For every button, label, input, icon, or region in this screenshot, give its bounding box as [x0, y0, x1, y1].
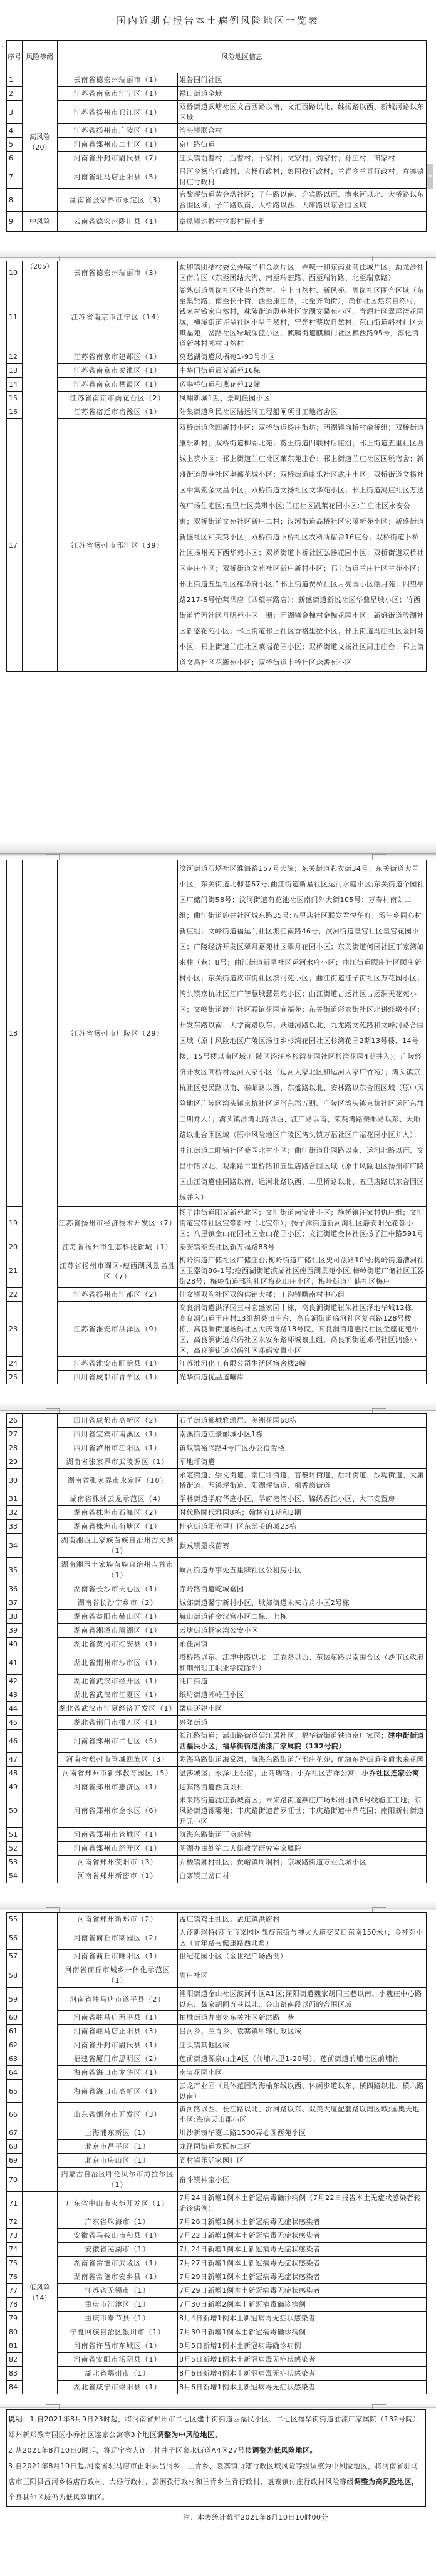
table-row: 44湖北省武汉市江夏经济开发区（1）栗庙还建小区: [7, 1702, 427, 1716]
area-info: 栗庙还建小区: [178, 1702, 427, 1716]
header-level: 风险等级: [23, 41, 58, 73]
area-info: 学林街道学府华庭小区、学府港湾小区、锦绣香江小区、大丰安置房: [178, 1492, 427, 1506]
area-name: 湖南湘西土家族苗族自治州古丈县（1）: [58, 1534, 178, 1558]
area-info: 黄河路以西、长江路以北、沂河路以东、双美大厦配套路以南区域;国奥天地小区;海信天…: [178, 2103, 427, 2126]
area-info: 沌口街道: [178, 1675, 427, 1688]
table-row: 70内蒙古自治区呼伦贝尔市海拉尔区（1）奋斗镇神宝小区: [7, 2168, 427, 2192]
row-number: 66: [7, 2103, 23, 2126]
table-row: 61河南省驻马店正阳县（3）吕河乡、兰青乡、袁寨镇所辖行政区域: [7, 2025, 427, 2038]
row-number: 82: [7, 2353, 23, 2367]
table-row: 14江苏省南京市栖霞区（1）迈皋桥街道和燕花苑12幢: [7, 378, 427, 392]
table-row: 26四川省成都市高新区（2）石羊街道都城雅颂居、美洲花园68栋: [7, 1414, 427, 1428]
area-name: 湖南省株洲云龙示范区（4）: [58, 1492, 178, 1506]
header-no: 序号: [7, 41, 23, 73]
row-number: 4: [7, 124, 23, 138]
table-row: 78重庆市江津区（1）7月30日新增2例本土新冠病毒确诊病例: [7, 2298, 427, 2312]
area-name: 江苏省扬州市邗江区（39）: [58, 419, 178, 672]
area-info: 纸坊街道郭岭里小区: [178, 1688, 427, 1702]
area-info: 庄头镇其他区域: [178, 2038, 427, 2052]
notes-box: 说明：1.自2021年8月9日23时起，将河南省郑州市二七区建中街街道西福民小区…: [6, 2409, 426, 2507]
table-row: 57河南省商丘市睢阳区（1）世纪花园小区（金世纪广场西侧）: [7, 1950, 427, 1963]
area-info: 迈皋桥街道和燕花苑12幢: [178, 378, 427, 392]
area-info: 川沙新镇华夏二路1500弄心圆西苑小区: [178, 2126, 427, 2140]
row-number: 35: [7, 1558, 23, 1582]
table-row: 45湖北省荆门市掇刀区（1）兴隆街道: [7, 1716, 427, 1730]
area-info: 阎村镇乐活家园社区: [178, 2154, 427, 2168]
table-row: 63福建省厦门市思明区（2）莲前街道源泉山庄A区（前埔六里1-20号）、莲前街道…: [7, 2052, 427, 2066]
row-number: 24: [7, 1357, 23, 1371]
area-info: 凤翔新城1期、景明佳园小区: [178, 392, 427, 405]
table-row: 62河南省开封市尉氏县（1）庄头镇其他区域: [7, 2038, 427, 2052]
table-row: 46河南省郑州市二七区（5）长江路街道；嵩山路街道望江居社区；福华街街道铁道京广…: [7, 1730, 427, 1753]
row-number: 10: [7, 261, 23, 284]
area-info: 吕河乡、兰青乡、袁寨镇所辖行政区域: [178, 2025, 427, 2038]
row-number: 69: [7, 2154, 23, 2168]
row-number: 51: [7, 1828, 23, 1842]
risk-table-page-2: 10（205）云南省德宏州瑞丽市（3）勐卯镇团结村委会弄喊二和金坎片区；弄喊一和…: [6, 261, 427, 672]
area-info: 江苏淮河化工有限公司生活区宿舍楼2幢: [178, 1357, 427, 1371]
table-row: 34湖南湘西土家族苗族自治州古丈县（1）默戎镇墨戎苗寨: [7, 1534, 427, 1558]
row-number: 74: [7, 2243, 23, 2257]
area-info: 南宝花园小区: [178, 2066, 427, 2080]
area-info: 永佳河镇: [178, 1638, 427, 1651]
area-info: 8月6日新增1例本土新冠病毒无症状感染者: [178, 2381, 427, 2394]
area-info: 温莎城堡；永泽·上公馆；正商瑞钻；小乔社区吉祥公寓；小乔社区连家公寓: [178, 1767, 427, 1780]
table-row: 48河南省郑州市新郑教育园区（5）温莎城堡；永泽·上公馆；正商瑞钻；小乔社区吉祥…: [7, 1767, 427, 1780]
area-name: 河南省郑州市二七区（5）: [58, 1730, 178, 1753]
area-info: 大商新玛特(商丘市梁园区凯旋东街与神火大道交叉口东南150米）；金桂苑小区（青年…: [178, 1926, 427, 1950]
row-number: 84: [7, 2381, 23, 2394]
table-row: 53河南省郑州荥阳市（3）乔楼镇狮村社区；贾峪镇周垌村；京城路街道万业金城小区: [7, 1856, 427, 1869]
area-info: 7月27日新增1例本土新冠病毒无症状感染者: [178, 2257, 427, 2270]
area-info: 汶河街道石塔社区淮海路157号大院；东关街道彩衣街34号；东关街道大草小区；东关…: [178, 860, 427, 1207]
table-header-row: 序号 风险等级 风险地区信息: [7, 41, 427, 73]
row-number: 26: [7, 1414, 23, 1428]
row-number: 73: [7, 2229, 23, 2243]
area-info: 莫愁湖街道凤栖苑1-93号小区: [178, 350, 427, 364]
area-name: 河南省郑州新郑市（2）: [58, 1913, 178, 1926]
area-name: 河南省许昌市东城区（1）: [58, 2339, 178, 2353]
table-move-handle-icon[interactable]: +: [0, 44, 6, 50]
table-row: 84湖北省咸宁市崇阳县（1）8月6日新增1例本土新冠病毒无症状感染者: [7, 2381, 427, 2394]
area-info: 明湖办事处第二大街教学研究室家属院: [178, 1842, 427, 1856]
area-info: 石羊街道都城雅颂居、美洲花园68栋: [178, 1414, 427, 1428]
area-info: 黄舣镇裕兴路4号厂区办公宿舍楼: [178, 1441, 427, 1455]
row-number: 6: [7, 152, 23, 165]
table-row: 27四川省宜宾市南溪区（1）南溪街道江景郦城小区1栋: [7, 1428, 427, 1441]
area-name: 北京市房山区（1）: [58, 2154, 178, 2168]
area-name: 江苏省淮安市盱眙县（1）: [58, 1357, 178, 1371]
area-name: 海南省海口市龙华区（1）: [58, 2066, 178, 2080]
row-number: 3: [7, 101, 23, 124]
area-info: 双桥街道武塘社区文昌西路以南、文汇西路以北、维扬路以西、新城河路以东区域: [178, 101, 427, 124]
table-row: 5河南省郑州市二七区（1）京广路街道: [7, 138, 427, 152]
area-name: 江苏省扬州市广陵区（29）: [58, 860, 178, 1207]
area-name: 四川省成都市高新区（2）: [58, 1414, 178, 1428]
row-number: 67: [7, 2126, 23, 2140]
table-row: 75湖南省常德市武陵区（1）7月27日新增1例本土新冠病毒无症状感染者: [7, 2257, 427, 2270]
row-number: 79: [7, 2312, 23, 2325]
area-info: 勐卯镇团结村委会弄喊二和金坎片区；弄喊一和东南亚商住城片区；勐龙沙社区南片区（东…: [178, 261, 427, 284]
table-row: 7河南省驻马店正阳县（5）吕河乡杨店行政村；大杨行政村；彭围孜行政村；兰青乡兰青…: [7, 165, 427, 189]
area-info: 7月24日新增1例本土新冠病毒确诊病例（7月22日报告本土无症状感染者转确诊病例…: [178, 2192, 427, 2215]
table-row: 9 中风险 云南省德宏州陇川县（1） 章凤镇迭撒村拉影村民小组: [7, 212, 427, 232]
area-info: 云龙产业园（具体范围为海榆东线以西、休闲步道以东、横四路以北、横六路以南）: [178, 2080, 427, 2103]
area-name: 河南省郑州市新郑教育园区（5）: [58, 1767, 178, 1780]
area-name: 云南省德宏州瑞丽市（3）: [58, 261, 178, 284]
document-page: 国内近期有报告本土病例风险地区一览表 + + 序号 风险等级 风险地区信息 1高…: [0, 0, 436, 2576]
area-info: 永定街道、崇文街道、南庄坪街道、官黎坪街道、后坪街道、沙堤街道、大庸桥街道、西溪…: [178, 1469, 427, 1492]
table-row: 72广东省珠海市（1）7月26日新增1例本土新冠病毒无症状感染者: [7, 2215, 427, 2229]
table-row: 81河南省许昌市东城区（1）8月5日新增1例本土新冠病毒确诊病例: [7, 2339, 427, 2353]
area-name: 河南省驻马店市遂平县（2）: [58, 1988, 178, 2011]
row-number: 59: [7, 1988, 23, 2011]
area-info: 湾头镇联合村: [178, 124, 427, 138]
area-name: 江苏省无锡市（1）: [58, 2284, 178, 2298]
area-info: 莲前街道源泉山庄A区（前埔六里1-20号）、莲前街道前埔社区前埔社: [178, 2052, 427, 2066]
row-number: 46: [7, 1730, 23, 1753]
area-name: 江苏省扬州市蜀冈-瘦西湖风景名胜区（7）: [58, 1254, 178, 1288]
area-info: 湖熟街道周岗社区张巷自然村、庄上自然村、新风苑、周岗社区围合区域（东至集贤路，南…: [178, 284, 427, 350]
table-row: 19江苏省扬州市经济技术开发区（7）扬子津街道阳光新苑北区；文汇街道南宝带小区；…: [7, 1207, 427, 1240]
table-row: 51河南省郑州市管城区（1）航海东路街道正商蓝钻: [7, 1828, 427, 1842]
table-row: 13江苏省南京市秦淮区（1）中华门街道晨光新苑16栋: [7, 364, 427, 378]
row-number: 81: [7, 2339, 23, 2353]
area-name: 四川省宜宾市南溪区（1）: [58, 1428, 178, 1441]
table-row: 43湖北省武汉市江夏区（1）纸坊街道郭岭里小区: [7, 1688, 427, 1702]
area-name: 广东省珠海市（1）: [58, 2215, 178, 2229]
row-number: 38: [7, 1610, 23, 1624]
area-info: 扬子津街道阳光新苑北区；文汇街道南宝带小区；施桥镇汪家村仇庄组；文汇街道宝带社区…: [178, 1207, 427, 1240]
row-number: 1: [7, 73, 23, 87]
page-break: [0, 1883, 436, 1912]
area-name: 河南省郑州市金水区（6）: [58, 1794, 178, 1828]
area-name: 河南省郑州市惠济区（1）: [58, 1780, 178, 1794]
row-number: 76: [7, 2270, 23, 2284]
area-info: 时代路时代雅园8栋；翰林府1期和3期: [178, 1506, 427, 1520]
risk-level-cell: （205）: [23, 261, 58, 672]
risk-table-page-3: 18江苏省扬州市广陵区（29）汶河街道石塔社区淮海路157号大院；东关街道彩衣街…: [6, 860, 427, 1384]
area-info: 兴隆街道: [178, 1716, 427, 1730]
row-number: 14: [7, 378, 23, 392]
table-row: 1高风险（20）云南省德宏州瑞丽市（1）姐告国门社区: [7, 73, 427, 87]
table-row: 12江苏省南京市建邺区（1）莫愁湖街道凤栖苑1-93号小区: [7, 350, 427, 364]
row-number: 21: [7, 1254, 23, 1288]
risk-level-cell: 低风险（14）: [23, 2192, 58, 2394]
row-number: 29: [7, 1455, 23, 1469]
row-number: 40: [7, 1638, 23, 1651]
risk-level-cell: [23, 860, 58, 1384]
area-name: 湖南省益阳市赫山区（1）: [58, 1610, 178, 1624]
row-number: 33: [7, 1520, 23, 1534]
area-name: 河南省郑州市管城回族区（3）: [58, 1753, 178, 1767]
area-name: 湖南省长沙宁乡市（2）: [58, 1596, 178, 1610]
area-info: 双桥街道念四新村小区；双桥街道杨庄街坊；西湖镇俞桥村俞桥组；双桥街道康乐新村；双…: [178, 419, 427, 672]
area-info: 光华街道优品道曦岸: [178, 1371, 427, 1384]
area-name: 湖南省张家界市永定区（3）: [58, 189, 178, 212]
area-info: 7月24日新增1例本土新冠病毒无症状感染者: [178, 2243, 427, 2257]
area-info: 禄口街道全域: [178, 87, 427, 101]
table-row: 38湖南省益阳市赫山区（1）赫山街道铂金汉宫小区二栋、七栋: [7, 1610, 427, 1624]
row-number: 72: [7, 2215, 23, 2229]
area-name: 河南省郑州荥阳市（3）: [58, 1856, 178, 1869]
area-name: 河南省郑州市经开区（1）: [58, 1842, 178, 1856]
row-number: 30: [7, 1469, 23, 1492]
area-info: 7月29日新增1例本土新冠病毒无症状感染者: [178, 2270, 427, 2284]
table-row: 16江苏省宿迁市宿豫区（1）陆集街道利民社区陆运河工程船闸项目工地宿舍区: [7, 405, 427, 419]
table-row: 41湖北省荆州市沙市区（1）塔桥路以东、江津中路以北、工农路以西、东岳东路以南围…: [7, 1651, 427, 1675]
table-row: 39湖南省湘潭市雨湖区（1）云塘街道杨家湾公安小区: [7, 1624, 427, 1638]
area-info: 京广路街道: [178, 138, 427, 152]
risk-table-page-4: 26四川省成都市高新区（2）石羊街道都城雅颂居、美洲花园68栋27四川省宜宾市南…: [6, 1413, 427, 1883]
area-info: 柏城街道办事处东关社区新洪路一巷: [178, 2011, 427, 2025]
row-number: 58: [7, 1963, 23, 1988]
area-name: 湖南省长沙市天心区（1）: [58, 1582, 178, 1596]
row-number: 57: [7, 1950, 23, 1963]
area-name: 湖北省荆州市沙市区（1）: [58, 1651, 178, 1675]
row-number: 17: [7, 419, 23, 672]
area-name: 江苏省扬州市经济技术开发区（7）: [58, 1207, 178, 1240]
document-title: 国内近期有报告本土病例风险地区一览表: [0, 0, 436, 40]
table-row: 55河南省郑州新郑市（2）孟庄镇鸡王社区；孟庄镇洪府村: [7, 1913, 427, 1926]
table-row: 30湖南省张家界市永定区（10）永定街道、崇文街道、南庄坪街道、官黎坪街道、后坪…: [7, 1469, 427, 1492]
area-info: 庄头镇前曹村；后曹村；于家村；文家村；刘家村；孙庄村；田家村: [178, 152, 427, 165]
row-number: 36: [7, 1582, 23, 1596]
table-row: 20江苏省扬州市生态科技新城（1）泰安镇泰安社区新万福路88号: [7, 1240, 427, 1254]
note-3: 3.自2021年8月10日起,河南省驻马店市正阳县吕河乡、兰青乡、袁寨镇所辖行政…: [8, 2458, 424, 2505]
row-number: 39: [7, 1624, 23, 1638]
area-name: 宁夏回族自治区银川市（1）: [58, 2325, 178, 2339]
area-name: 河南省安阳市汤阴县（1）: [58, 2353, 178, 2367]
table-row: 68北京市昌平区（1）龙泽园街道龙跃苑二区: [7, 2140, 427, 2154]
row-number: 2: [7, 87, 23, 101]
row-number: 75: [7, 2257, 23, 2270]
area-info: 中华门街道晨光新苑16栋: [178, 364, 427, 378]
area-name: 重庆市奉节县（1）: [58, 2312, 178, 2325]
row-number: 18: [7, 860, 23, 1207]
row-number: 68: [7, 2140, 23, 2154]
area-name: 安徽省马鞍山市和县（1）: [58, 2229, 178, 2243]
area-name: 河南省驻马店正阳县（5）: [58, 165, 178, 189]
row-number: 83: [7, 2367, 23, 2381]
area-name: 河南省开封市尉氏县（7）: [58, 152, 178, 165]
area-info: 南溪街道江景郦城小区1栋: [178, 1428, 427, 1441]
table-row: 10（205）云南省德宏州瑞丽市（3）勐卯镇团结村委会弄喊二和金坎片区；弄喊一和…: [7, 261, 427, 284]
area-info: 塔桥路以东、江津中路以北、工农路以西、东岳东路以南围合区（沙市区政府和荆州理工职…: [178, 1651, 427, 1675]
area-name: 江苏省扬州市江都区（2）: [58, 1288, 178, 1302]
notes-label: 说明：: [8, 2415, 30, 2423]
row-number: 31: [7, 1492, 23, 1506]
area-info: 世纪花园小区（金世纪广场西侧）: [178, 1950, 427, 1963]
table-row: 71低风险（14）广东省中山市火炬开发区（1）7月24日新增1例本土新冠病毒确诊…: [7, 2192, 427, 2215]
table-row: 74安徽省芜湖市（1）7月24日新增1例本土新冠病毒无症状感染者: [7, 2243, 427, 2257]
area-name: 云南省德宏州陇川县（1）: [58, 212, 178, 232]
area-name: 河南省商丘市梁园区（2）: [58, 1926, 178, 1950]
area-name: 湖南省湘潭市雨湖区（1）: [58, 1624, 178, 1638]
row-number: 47: [7, 1753, 23, 1767]
row-number: 12: [7, 350, 23, 364]
table-row: 40湖北省黄冈市红安县（1）永佳河镇: [7, 1638, 427, 1651]
table-row: 17江苏省扬州市邗江区（39）双桥街道念四新村小区；双桥街道杨庄街坊；西湖镇俞桥…: [7, 419, 427, 672]
row-number: 54: [7, 1869, 23, 1883]
risk-table-page-5: 55河南省郑州新郑市（2）孟庄镇鸡王社区；孟庄镇洪府村56河南省商丘市梁园区（2…: [6, 1912, 427, 2394]
table-row: 65海南省海口市高新区（1）云龙产业园（具体范围为海榆东线以西、休闲步道以东、横…: [7, 2080, 427, 2103]
page-break: [0, 672, 436, 860]
statistics-footnote: 注：本表统计截至2021年8月10日10时00分: [183, 2507, 436, 2576]
table-row: 2江苏省南京市江宁区（1）禄口街道全域: [7, 87, 427, 101]
row-number: 53: [7, 1856, 23, 1869]
area-info: 仙女镇双沟社区双沟供销大楼；丁沟镇曙南村中心组: [178, 1288, 427, 1302]
area-info: 濯阳街道金山社区滨河小区A1区;濯阳街道魏家胡同三巷以南、小魏庄中心路以东、魏家…: [178, 1988, 427, 2011]
row-number: 22: [7, 1288, 23, 1302]
area-info: 章凤镇迭撒村拉影村民小组: [178, 212, 427, 232]
table-row: 76湖南省常德市安乡县（1）7月29日新增1例本土新冠病毒无症状感染者: [7, 2270, 427, 2284]
row-number: 61: [7, 2025, 23, 2038]
row-number: 42: [7, 1675, 23, 1688]
row-number: 8: [7, 189, 23, 212]
table-row: 42湖北省武汉市经开区（1）沌口街道: [7, 1675, 427, 1688]
page-break: [0, 2394, 436, 2409]
area-info: 姐告国门社区: [178, 73, 427, 87]
area-name: 江苏省淮安市洪泽区（9）: [58, 1302, 178, 1357]
area-info: 吕河乡杨店行政村；大杨行政村；彭围孜行政村；兰青乡兰青行政村；袁寨镇付庄行政村: [178, 165, 427, 189]
table-row: 25四川省成都市青羊区（1）光华街道优品道曦岸: [7, 1371, 427, 1384]
area-name: 安徽省芜湖市（1）: [58, 2243, 178, 2257]
area-info: 默戎镇墨戎苗寨: [178, 1534, 427, 1558]
table-row: 59河南省驻马店市遂平县（2）濯阳街道金山社区滨河小区A1区;濯阳街道魏家胡同三…: [7, 1988, 427, 2011]
row-number: 78: [7, 2298, 23, 2312]
row-number: 41: [7, 1651, 23, 1675]
row-number: 28: [7, 1441, 23, 1455]
area-info: 8月6日新增4例本土新冠病毒无症状感染者: [178, 2367, 427, 2381]
area-info: 7月30日新增2例本土新冠病毒确诊病例: [178, 2298, 427, 2312]
area-name: 江苏省扬州市生态科技新城（1）: [58, 1240, 178, 1254]
row-number: 50: [7, 1794, 23, 1828]
area-info: 7月30日新增1例本土新冠病毒确诊病例: [178, 2325, 427, 2339]
area-name: 海南省海口市高新区（1）: [58, 2080, 178, 2103]
area-info: 云塘街道杨家湾公安小区: [178, 1624, 427, 1638]
row-number: 19: [7, 1207, 23, 1240]
area-info: 8月4日新增1例本土新冠病毒无症状感染者: [178, 2312, 427, 2325]
table-row: 36湖南省长沙市天心区（1）赤岭路街道乾城嘉园: [7, 1582, 427, 1596]
area-name: 四川省成都市青羊区（1）: [58, 1371, 178, 1384]
area-info: 高良涧街道洪泽园三村宏盛家园十栋，高良涧街道崔朱社区泽地华城12栋，高良涧街道王…: [178, 1302, 427, 1357]
area-name: 河南省驻马店西平县（1）: [58, 2011, 178, 2025]
table-row: 6河南省开封市尉氏县（7）庄头镇前曹村；后曹村；于家村；文家村；刘家村；孙庄村；…: [7, 152, 427, 165]
area-name: 河南省郑州市管城区（1）: [58, 1828, 178, 1842]
table-row: 23江苏省淮安市洪泽区（9）高良涧街道洪泽园三村宏盛家园十栋，高良涧街道崔朱社区…: [7, 1302, 427, 1357]
area-info: 迎宾路街道西黄刘村: [178, 1780, 427, 1794]
area-info: 长江路街道；嵩山路街道望江居社区；福华街街道铁道京广家园；建中街街道西福民小区；…: [178, 1730, 427, 1753]
table-row: 8湖南省张家界市永定区（3）官黎坪街道黄金塔社区；子午路以南、迎宾路以西、澧水河…: [7, 189, 427, 212]
area-info: 8月5日新增1例本土新冠病毒无症状感染者: [178, 2353, 427, 2367]
area-name: 湖南省株洲市石峰区（2）: [58, 1506, 178, 1520]
table-row: 56河南省商丘市梁园区（2）大商新玛特(商丘市梁园区凯旋东街与神火大道交叉口东南…: [7, 1926, 427, 1950]
area-info: 泰安镇泰安社区新万福路88号: [178, 1240, 427, 1254]
note-1: 说明：1.自2021年8月9日23时起，将河南省郑州市二七区建中街街道西福民小区…: [8, 2411, 424, 2443]
row-number: 56: [7, 1926, 23, 1950]
area-name: 湖北省武汉市江夏区（1）: [58, 1688, 178, 1702]
area-info: 赤岭路街道乾城嘉园: [178, 1582, 427, 1596]
row-number: 7: [7, 165, 23, 189]
area-info: 梅岭街道广储社区广储庄台;梅岭街道广储社区史可法路10号;梅岭街道漕河社区玉器街…: [178, 1254, 427, 1288]
row-number: 44: [7, 1702, 23, 1716]
area-info: 赫山街道铂金汉宫小区二栋、七栋: [178, 1610, 427, 1624]
area-name: 广东省中山市火炬开发区（1）: [58, 2192, 178, 2215]
area-name: 河南省开封市尉氏县（1）: [58, 2038, 178, 2052]
row-number: 5: [7, 138, 23, 152]
table-row: 82河南省安阳市汤阴县（1）8月5日新增1例本土新冠病毒无症状感染者: [7, 2353, 427, 2367]
area-info: 城郊街道馨宁新村小区、城郊街道未来方舟小区2号栋: [178, 1596, 427, 1610]
table-row: 28四川省泸州市江阳区（1）黄舣镇裕兴路4号厂区办公宿舍楼: [7, 1441, 427, 1455]
area-name: 湖北省咸宁市崇阳县（1）: [58, 2381, 178, 2394]
row-number: 27: [7, 1428, 23, 1441]
row-number: 13: [7, 364, 23, 378]
table-row: 83湖北省鄂州市（1）8月6日新增4例本土新冠病毒无症状感染者: [7, 2367, 427, 2381]
table-row: 21江苏省扬州市蜀冈-瘦西湖风景名胜区（7）梅岭街道广储社区广储庄台;梅岭街道广…: [7, 1254, 427, 1288]
table-row: 54河南省郑州新密市（1）白寨镇三岔口村: [7, 1869, 427, 1883]
area-name: 江苏省扬州市邗江区（1）: [58, 101, 178, 124]
row-number: 64: [7, 2066, 23, 2080]
table-row: 24江苏省淮安市盱眙县（1）江苏淮河化工有限公司生活区宿舍楼2幢: [7, 1357, 427, 1371]
table-row: 22江苏省扬州市江都区（2）仙女镇双沟社区双沟供销大楼；丁沟镇曙南村中心组: [7, 1288, 427, 1302]
table-row: 3江苏省扬州市邗江区（1）双桥街道武塘社区文昌西路以南、文汇西路以北、维扬路以西…: [7, 101, 427, 124]
row-number: 63: [7, 2052, 23, 2066]
area-name: 江苏省扬州市广陵区（1）: [58, 124, 178, 138]
area-info: 7月26日新增1例本土新冠病毒无症状感染者: [178, 2215, 427, 2229]
area-info: 峒河街道办事处五里牌社区公租房小区: [178, 1558, 427, 1582]
note-2: 2.从2021年8月10日0时起，将辽宁省大连市甘井子区泉水街道A4区27号楼调…: [8, 2443, 424, 2458]
risk-level-cell: 高风险（20）: [23, 73, 58, 212]
row-number: 80: [7, 2325, 23, 2339]
area-info: 龙泽园街道龙跃苑二区: [178, 2140, 427, 2154]
area-name: 湖南省株洲市荷塘区（1）: [58, 1520, 178, 1534]
row-number: 45: [7, 1716, 23, 1730]
risk-table-page-1: 序号 风险等级 风险地区信息 1高风险（20）云南省德宏州瑞丽市（1）姐告国门社…: [6, 40, 427, 232]
table-row: 50河南省郑州市金水区（6）未来路街道沈庄新城南区；未来路街道燕庄广场郑州地铁6…: [7, 1794, 427, 1828]
table-row: 73安徽省马鞍山市和县（1）7月22日新增1例本土新冠病毒无症状感染者: [7, 2229, 427, 2243]
row-number: 43: [7, 1688, 23, 1702]
area-name: 江苏省南京市秦淮区（1）: [58, 364, 178, 378]
table-row: 49河南省郑州市惠济区（1）迎宾路街道西黄刘村: [7, 1780, 427, 1794]
table-row: 4江苏省扬州市广陵区（1）湾头镇联合村: [7, 124, 427, 138]
side-expand-icon[interactable]: +: [427, 164, 433, 189]
row-number: 37: [7, 1596, 23, 1610]
area-info: 陆集街道利民社区陆运河工程船闸项目工地宿舍区: [178, 405, 427, 419]
table-row: 47河南省郑州市管城回族区（3）陇海马路街道海棠湾；航海东路街道芦邢庄花苑；航海…: [7, 1753, 427, 1767]
area-info: 官黎坪街道黄金塔社区；子午路以南、迎宾路以西、澧水河以北、大桥路以东合围区域；子…: [178, 189, 427, 212]
area-name: 江苏省南京市建邺区（1）: [58, 350, 178, 364]
area-info: 7月29日新增1例本土新冠病毒无症状感染者: [178, 2284, 427, 2298]
table-row: 64海南省海口市龙华区（1）南宝花园小区: [7, 2066, 427, 2080]
area-name: 江苏省南京市雨花台区（2）: [58, 392, 178, 405]
area-name: 湖南省张家界市武陵源区（1）: [58, 1455, 178, 1469]
area-info: 陇海马路街道海棠湾；航海东路街道芦邢庄花苑；航海东路街道金盾未来花园: [178, 1753, 427, 1767]
table-row: 69北京市房山区（1）阎村镇乐活家园社区: [7, 2154, 427, 2168]
area-info: 奋斗镇神宝小区: [178, 2168, 427, 2192]
area-name: 山东省烟台市开发区（3）: [58, 2103, 178, 2126]
area-name: 河南省商丘市城乡一体化示范区（1）: [58, 1963, 178, 1988]
area-name: 江苏省南京市江宁区（14）: [58, 284, 178, 350]
row-number: 23: [7, 1302, 23, 1357]
area-name: 上海浦东新区（1）: [58, 2126, 178, 2140]
area-info: 7月22日新增1例本土新冠病毒无症状感染者: [178, 2229, 427, 2243]
area-info: 孟庄镇鸡王社区；孟庄镇洪府村: [178, 1913, 427, 1926]
area-name: 内蒙古自治区呼伦贝尔市海拉尔区（1）: [58, 2168, 178, 2192]
table-row: 60河南省驻马店西平县（1）柏城街道办事处东关社区新洪路一巷: [7, 2011, 427, 2025]
area-name: 湖南省常德市安乡县（1）: [58, 2270, 178, 2284]
row-number: 60: [7, 2011, 23, 2025]
